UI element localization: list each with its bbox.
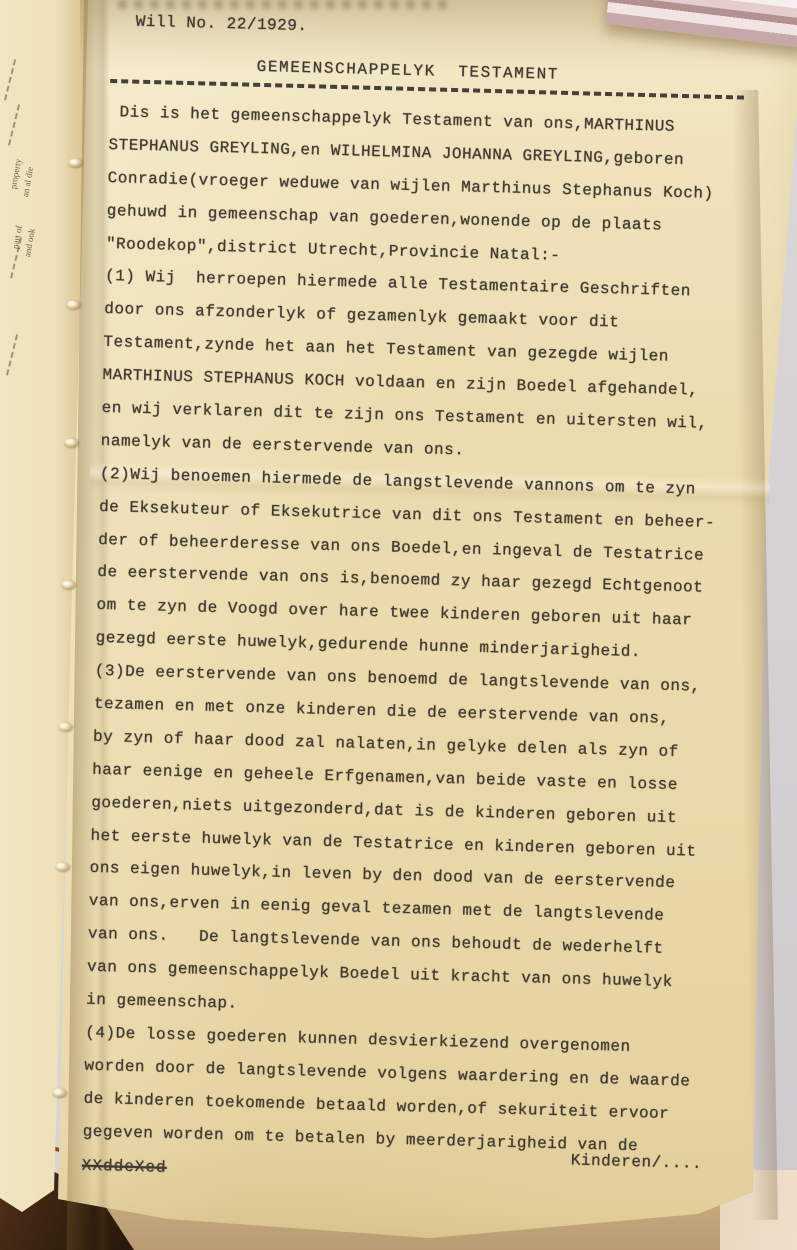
stitch-hole — [68, 158, 82, 167]
scanned-will-document: Conradie property an al die part of and … — [0, 0, 797, 1250]
dashed-line-fragment — [8, 104, 20, 145]
printed-text-fragment: and ook — [22, 228, 37, 258]
dashed-line-fragment — [4, 59, 16, 100]
stitch-hole — [66, 300, 80, 309]
stitch-hole — [58, 722, 72, 731]
dashed-line-fragment — [6, 334, 18, 375]
printed-text-fragment: an al die — [20, 166, 35, 198]
stitch-hole — [64, 438, 78, 447]
cutoff-ghost-text — [118, 0, 448, 9]
stitch-hole — [55, 862, 69, 871]
stitch-hole — [61, 580, 75, 589]
body-lines: Dis is het gemeenschappelyk Testament va… — [82, 96, 757, 1165]
catchword: Kinderen/.... — [571, 1151, 703, 1172]
struck-out-text: XXddeXed — [82, 1156, 167, 1176]
typed-text-block: Will No. 22/1929. GEMEENSCHAPPELYK TESTA… — [82, 12, 760, 1185]
stitch-hole — [52, 1088, 66, 1097]
printed-text-fragment: part of — [10, 225, 24, 250]
